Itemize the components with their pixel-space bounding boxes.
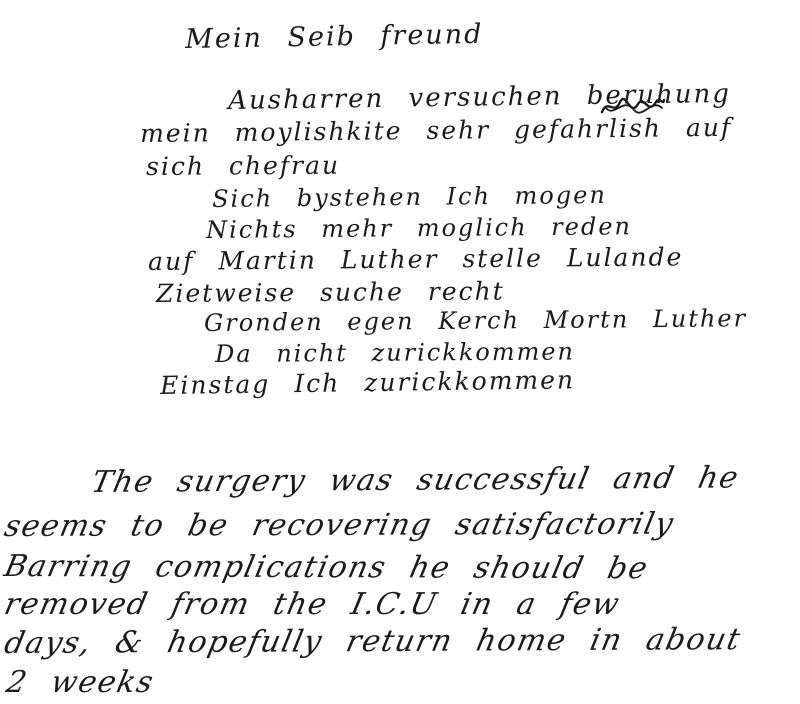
handwritten-line-german-8: Zietweise suche recht — [156, 279, 505, 306]
handwritten-line-german-5: Sich bystehen Ich mogen — [212, 183, 607, 211]
handwritten-line-english-6: 2 weeks — [4, 668, 157, 698]
handwritten-line-english-5: days, & hopefully return home in about — [2, 625, 744, 659]
handwritten-line-english-3: Barring complications he should be — [2, 552, 652, 584]
handwritten-line-english-1: The surgery was successful and he — [89, 463, 742, 498]
scanned-document-page: Mein Seib freund Ausharren versuchen ber… — [0, 0, 800, 704]
handwritten-line-german-11: Einstag Ich zurickkommen — [160, 367, 575, 398]
handwritten-line-german-2: Ausharren versuchen beruhung — [228, 81, 731, 114]
handwritten-line-english-4: removed from the I.C.U in a few — [2, 590, 623, 620]
handwritten-line-german-7: auf Martin Luther stelle Lulande — [148, 244, 683, 274]
handwritten-line-german-4: sich chefrau — [146, 153, 340, 179]
handwritten-line-english-2: seems to be recovering satisfactorily — [2, 510, 677, 542]
handwritten-line-german-6: Nichts mehr moglich reden — [206, 214, 632, 242]
handwritten-line-german-10: Da nicht zurickkommen — [215, 339, 575, 366]
handwritten-line-german-3: mein moylishkite sehr gefahrlish auf — [140, 115, 732, 146]
handwritten-line-german-1: Mein Seib freund — [185, 21, 484, 53]
handwritten-line-german-9: Gronden egen Kerch Mortn Luther — [204, 306, 747, 335]
